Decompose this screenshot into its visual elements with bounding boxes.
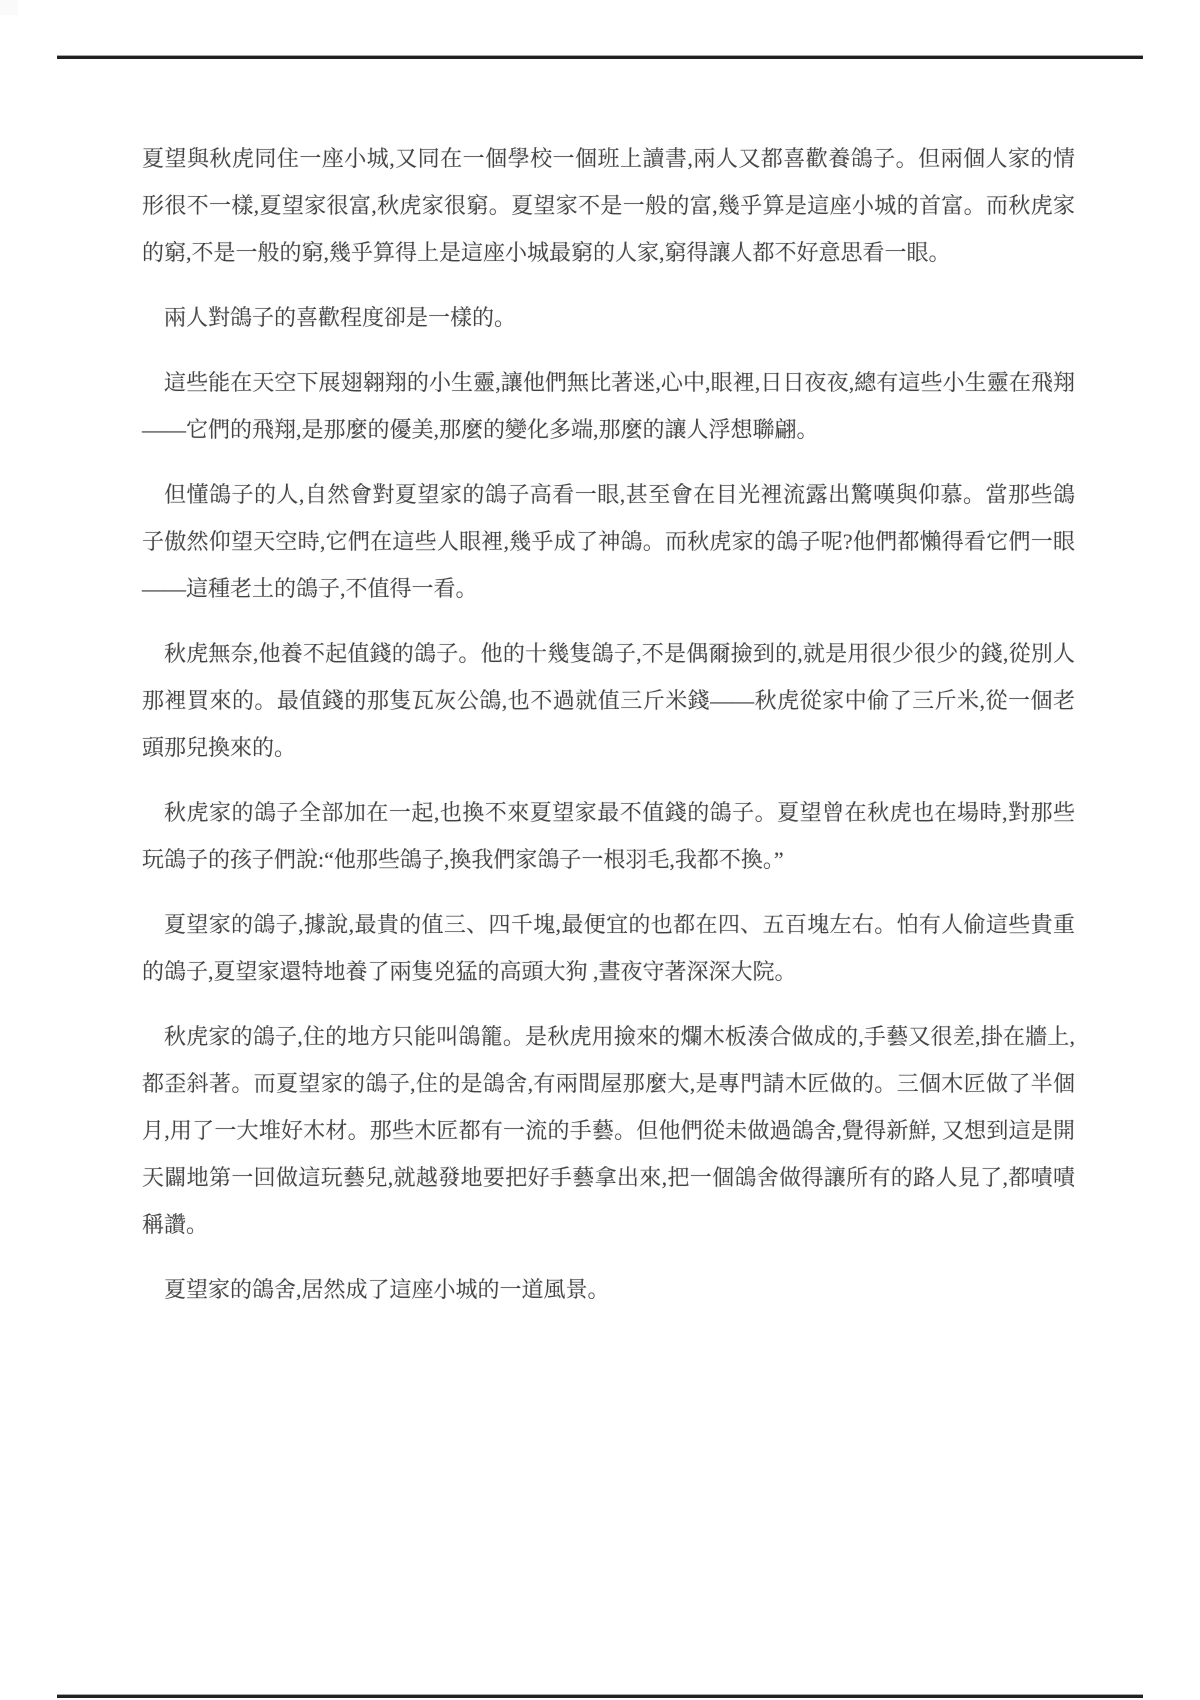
story-paragraph: 兩人對鴿子的喜歡程度卻是一樣的。 <box>142 294 1075 341</box>
top-divider <box>57 55 1143 59</box>
story-paragraph: 這些能在天空下展翅翱翔的小生靈,讓他們無比著迷,心中,眼裡,日日夜夜,總有這些小… <box>142 359 1075 453</box>
story-paragraph: 夏望與秋虎同住一座小城,又同在一個學校一個班上讀書,兩人又都喜歡養鴿子。但兩個人… <box>142 135 1075 276</box>
story-paragraph: 秋虎家的鴿子全部加在一起,也換不來夏望家最不值錢的鴿子。夏望曾在秋虎也在場時,對… <box>142 789 1075 883</box>
story-paragraph: 夏望家的鴿子,據說,最貴的值三、四千塊,最便宜的也都在四、五百塊左右。怕有人偷這… <box>142 901 1075 995</box>
story-text: 夏望與秋虎同住一座小城,又同在一個學校一個班上讀書,兩人又都喜歡養鴿子。但兩個人… <box>142 135 1075 1331</box>
document-page: 夏望與秋虎同住一座小城,又同在一個學校一個班上讀書,兩人又都喜歡養鴿子。但兩個人… <box>0 0 1200 1700</box>
page-corner-artifact <box>0 0 18 15</box>
story-paragraph: 秋虎無奈,他養不起值錢的鴿子。他的十幾隻鴿子,不是偶爾撿到的,就是用很少很少的錢… <box>142 630 1075 771</box>
story-paragraph: 秋虎家的鴿子,住的地方只能叫鴿籠。是秋虎用撿來的爛木板湊合做成的,手藝又很差,掛… <box>142 1013 1075 1248</box>
story-paragraph: 夏望家的鴿舍,居然成了這座小城的一道風景。 <box>142 1266 1075 1313</box>
story-paragraph: 但懂鴿子的人,自然會對夏望家的鴿子高看一眼,甚至會在目光裡流露出驚嘆與仰慕。當那… <box>142 471 1075 612</box>
bottom-divider <box>57 1694 1143 1698</box>
